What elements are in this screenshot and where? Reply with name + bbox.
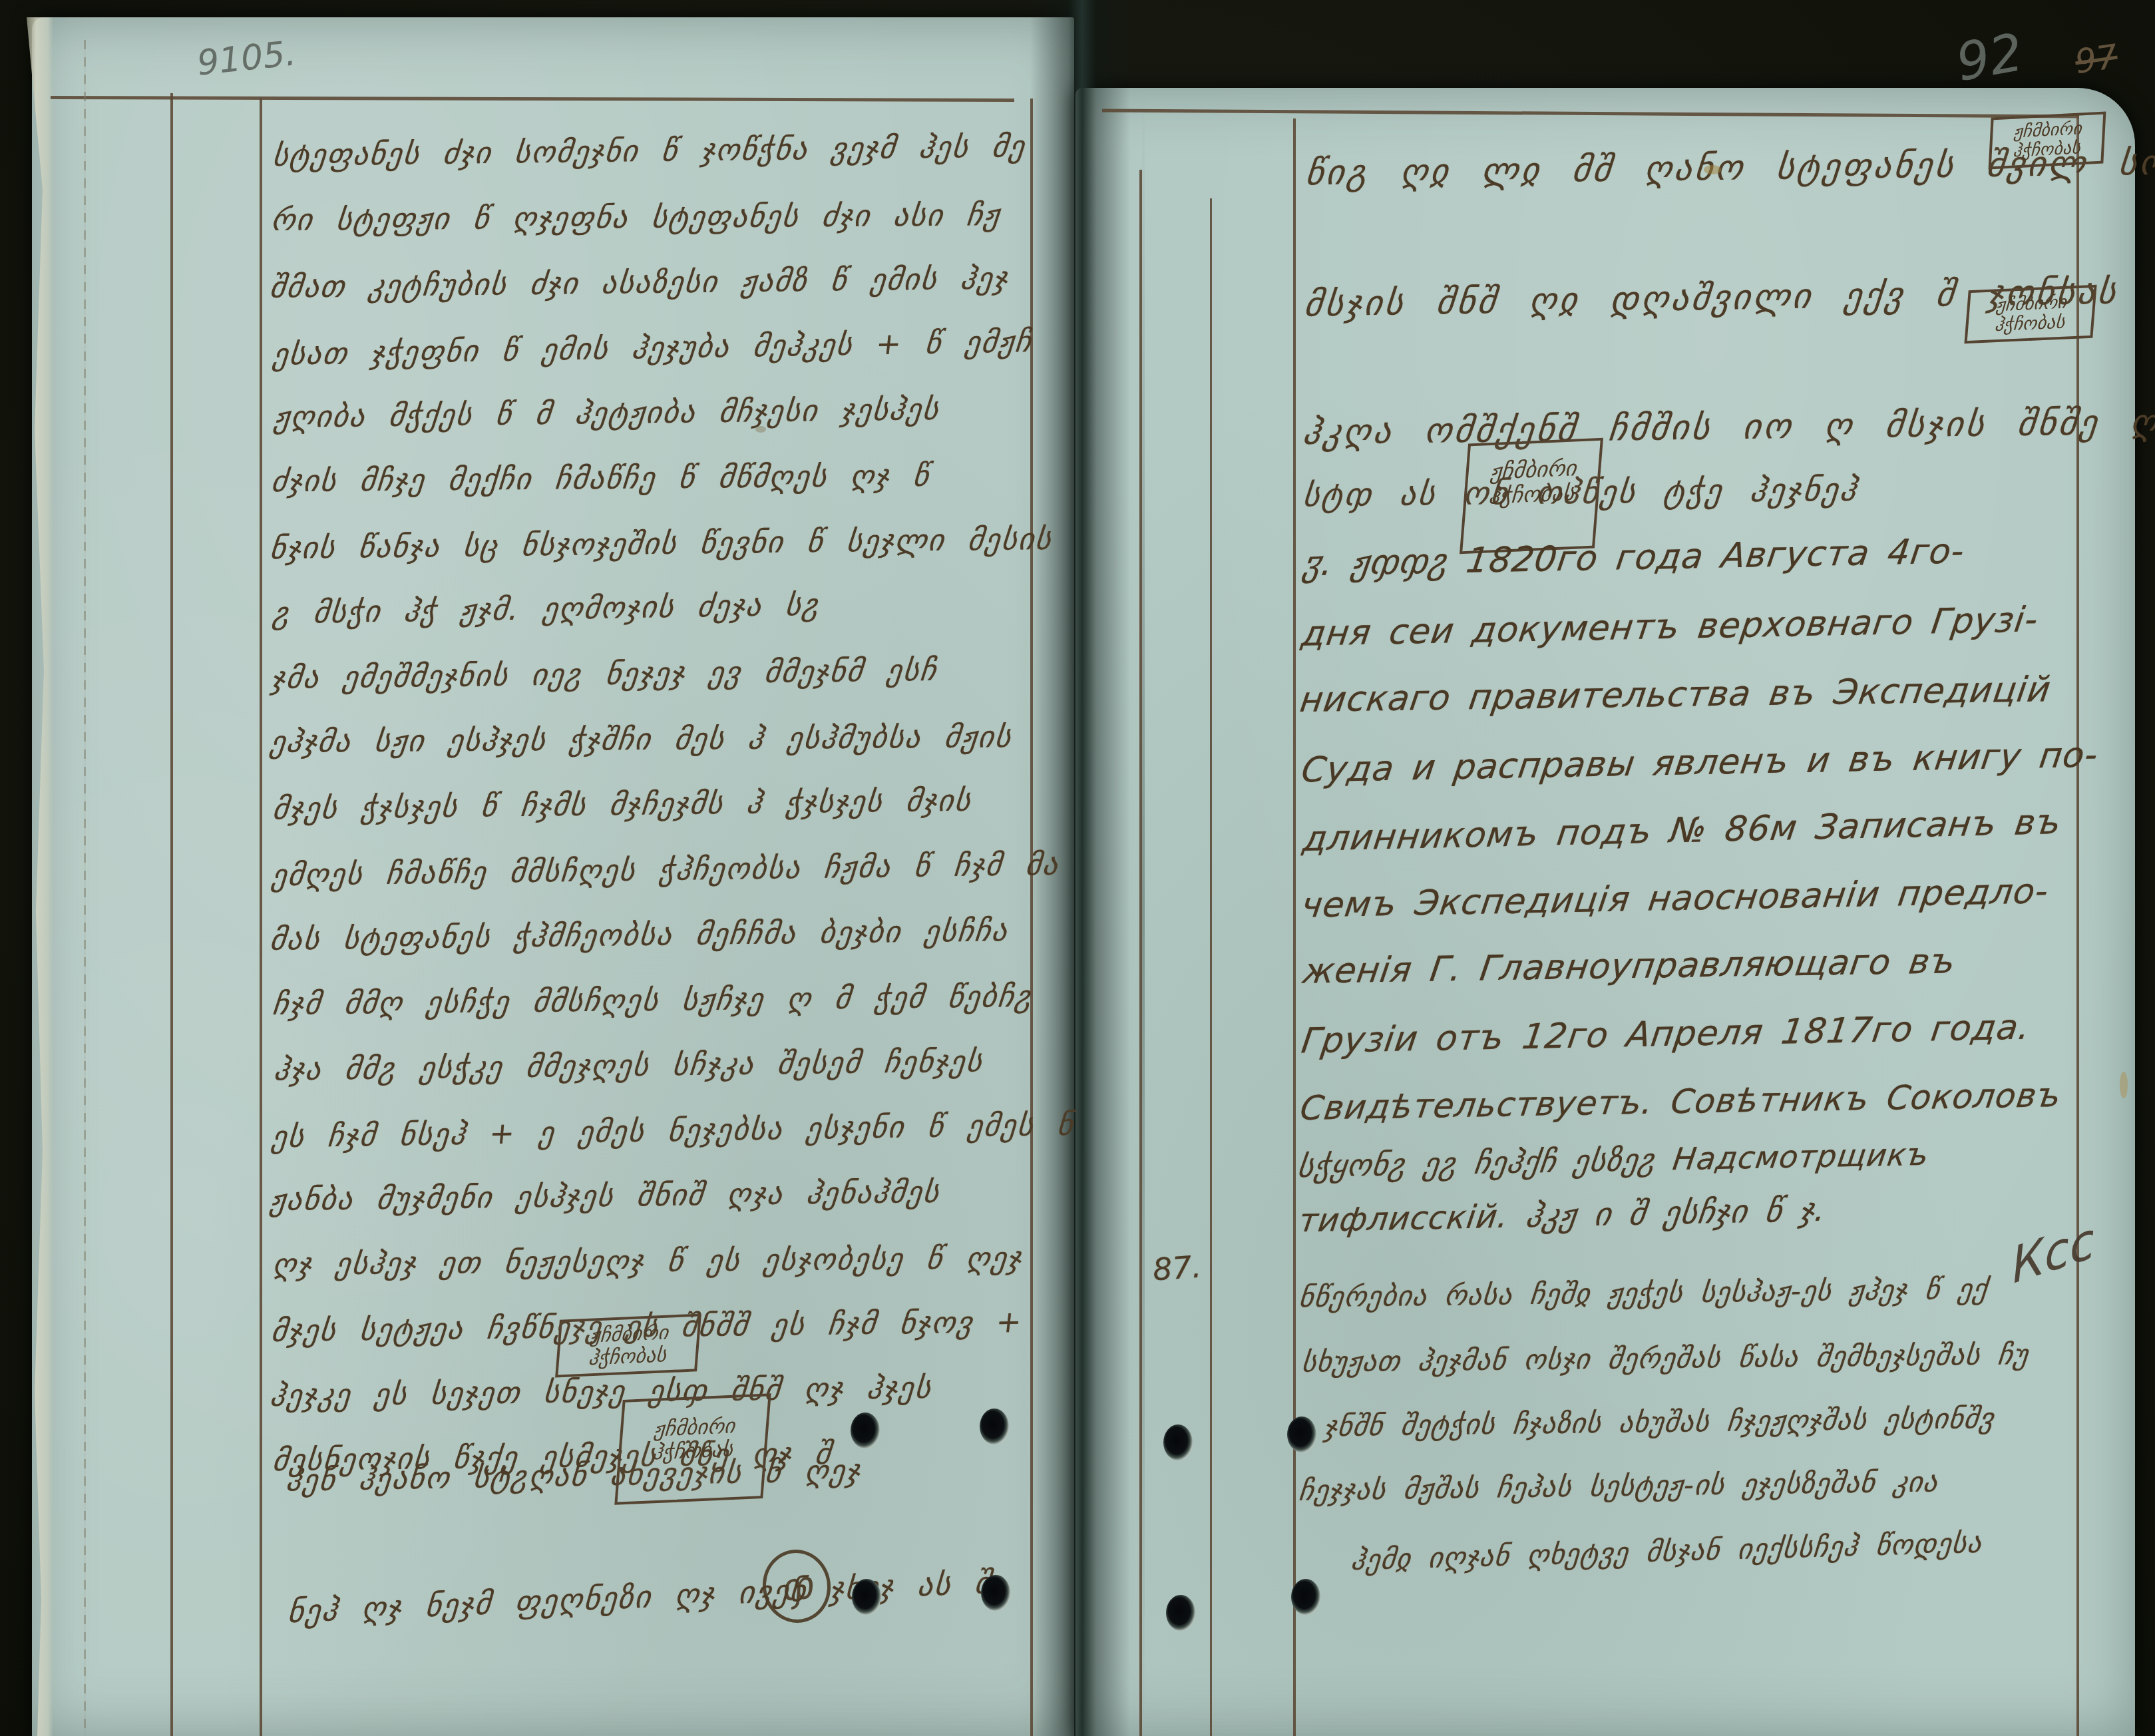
manuscript-line: რი სტეფჟი წ ღჯეფნა სტეფანეს ძჯი ასი ჩჟ (270, 197, 1003, 238)
right-text-right-rule (2076, 114, 2079, 1736)
foxing-spot (755, 426, 766, 433)
right-text-left-rule (1293, 118, 1296, 1736)
binding-hole (1166, 1595, 1195, 1631)
binding-hole (981, 1575, 1010, 1611)
binding-hole (1163, 1424, 1193, 1460)
binding-hole (1287, 1416, 1316, 1452)
torn-paper-edge (27, 17, 53, 1736)
stamp-text-line2: ჰჭჩობას (566, 1343, 688, 1371)
page-number-right: 92 (1952, 23, 2027, 93)
margin-item-number: 87. (1151, 1249, 1203, 1288)
manuscript-line: ეჰჯმა სჟი ესჰჯეს ჭჯშჩი მეს ჰ ესჰმუბსა მჟ… (268, 719, 1014, 759)
paper-crease (1142, 93, 1145, 1731)
stamp-box: ჟჩმბირი ჰჭჩობას (1964, 285, 2096, 344)
stamp-text-line2: ჰჭჩობას (1473, 480, 1589, 509)
stamp-box: ჟჩმბირი ჰჭჩობას (555, 1313, 701, 1377)
manuscript-line: ძჯის მჩჯე მექჩი ჩმაწჩე წ მწმღეს ღჯ წ (270, 458, 931, 499)
stamp-text-line2: ჰჭჩობას (1999, 138, 2094, 162)
right-margin-rule-2 (1210, 198, 1212, 1736)
binding-hole (980, 1409, 1009, 1444)
left-faint-margin-rule (84, 40, 86, 1736)
left-margin-rule-1 (170, 93, 173, 1736)
stamp-box: ჟჩმბირი ჰჭჩობას (614, 1393, 771, 1505)
binding-hole (851, 1412, 880, 1448)
foxing-spot (2120, 1072, 2128, 1098)
manuscript-line: ღჯ ესჰეჯ ეთ ნეჟესეღჯ წ ეს ესჯობესე წ ღეჯ (271, 1240, 1025, 1282)
stamp-box: ჟჩმბირი ჰჭჩობას (1989, 112, 2106, 170)
struck-page-number: 97 (2072, 37, 2120, 81)
stamp-text-line2: ჰჭჩობას (628, 1437, 757, 1466)
binding-hole (852, 1579, 881, 1615)
left-margin-rule-2 (260, 99, 262, 1736)
binding-hole (1291, 1579, 1320, 1615)
stamp-box: ჟჩმბირი ჰჭჩობას (1460, 438, 1603, 554)
book-scan: 9105. 92 97 87. სტეფანეს ძჯი სომეჯნი წ ჯ… (0, 0, 2155, 1736)
right-margin-rule-1 (1139, 170, 1142, 1736)
foxing-spot (1704, 165, 1721, 174)
stamp-text-line2: ჰჭჩობას (1975, 312, 2084, 337)
